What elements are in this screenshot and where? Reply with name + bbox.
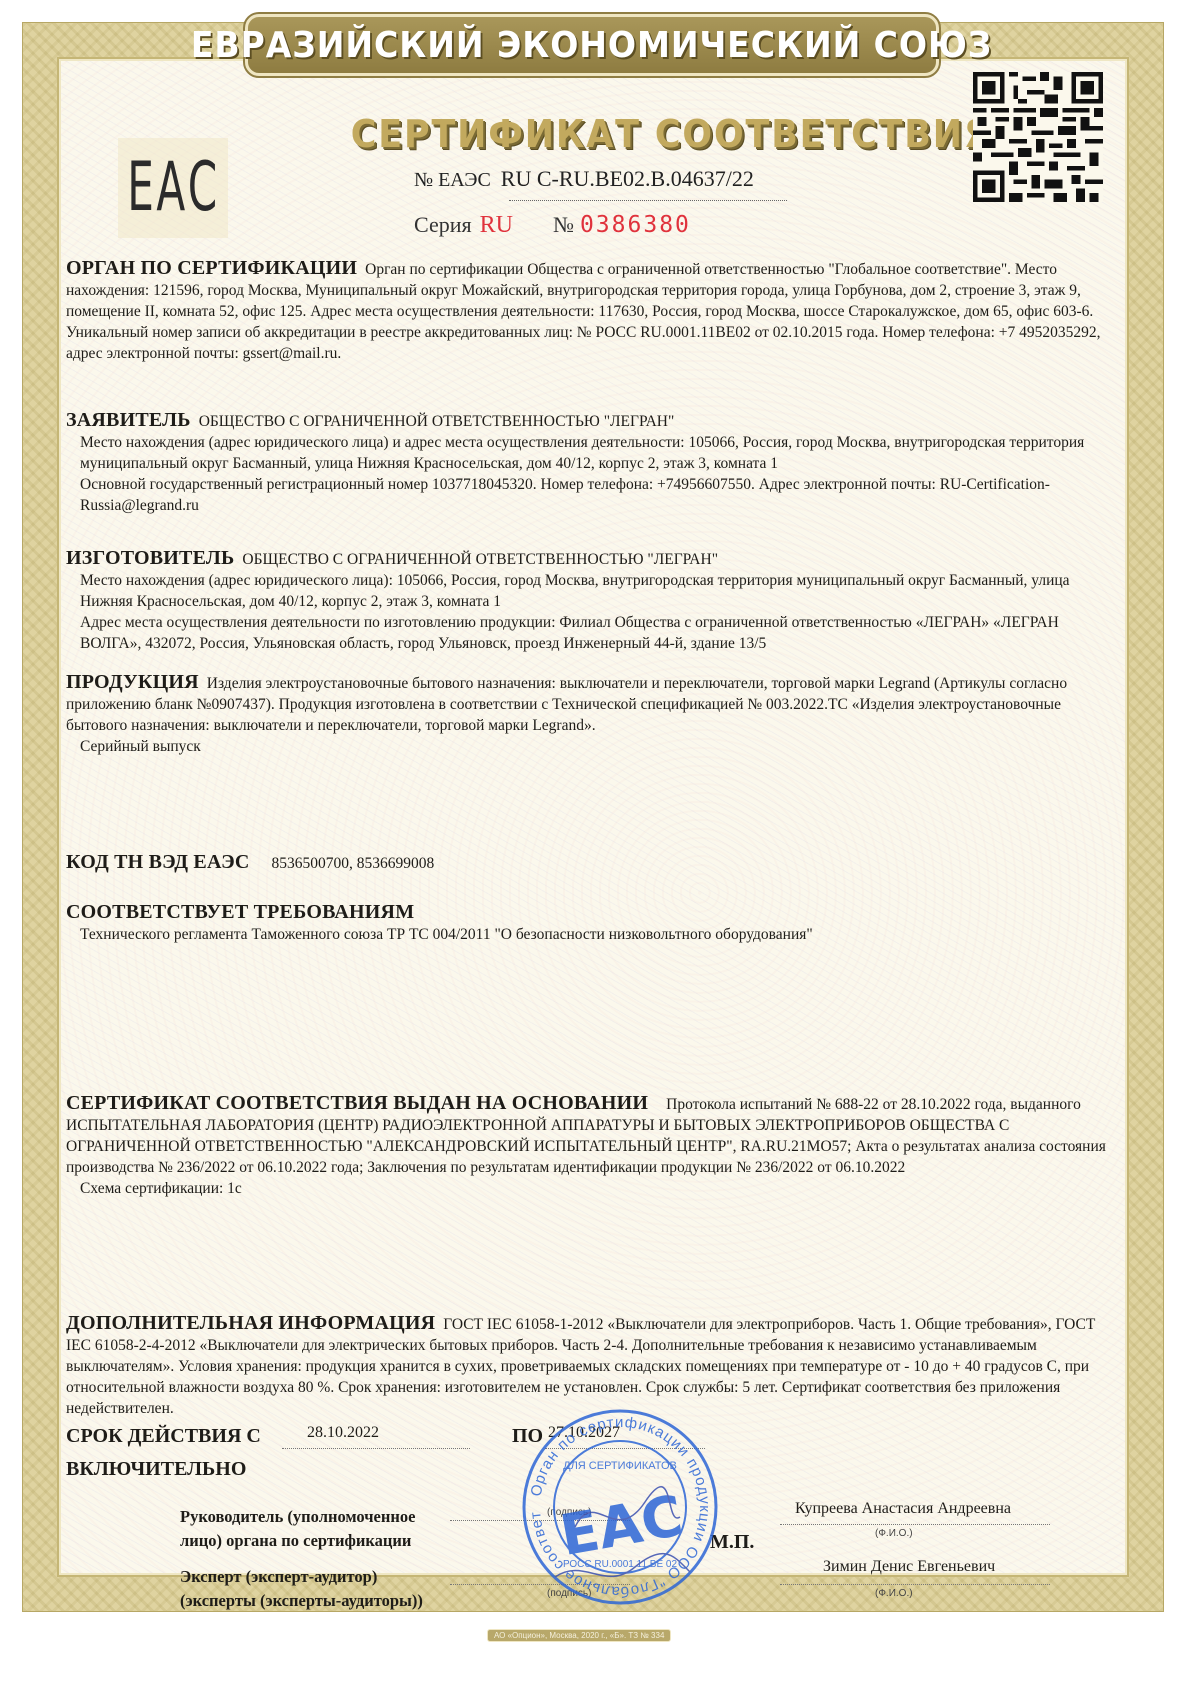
blank-number-label: № [553, 212, 574, 237]
section-heading: СЕРТИФИКАТ СООТВЕТСТВИЯ ВЫДАН НА ОСНОВАН… [66, 1092, 648, 1114]
head-name-line [780, 1524, 1050, 1525]
section-heading: ОРГАН ПО СЕРТИФИКАЦИИ [66, 257, 357, 279]
applicant-name: ОБЩЕСТВО С ОГРАНИЧЕННОЙ ОТВЕТСТВЕННОСТЬЮ… [199, 413, 675, 430]
product-text: Изделия электроустановочные бытового наз… [66, 675, 1067, 734]
section-heading: ДОПОЛНИТЕЛЬНАЯ ИНФОРМАЦИЯ [66, 1312, 435, 1334]
series-label: Серия [414, 212, 472, 237]
expert-signatory-label: Эксперт (эксперт-аудитор) (эксперты (экс… [180, 1565, 423, 1613]
blank-number: 0386380 [580, 212, 691, 238]
expert-name-caption: (Ф.И.О.) [875, 1588, 913, 1599]
section-applicant: ЗАЯВИТЕЛЬОБЩЕСТВО С ОГРАНИЧЕННОЙ ОТВЕТСТ… [66, 410, 1116, 516]
section-heading: ИЗГОТОВИТЕЛЬ [66, 547, 234, 569]
qr-code-icon [973, 72, 1103, 202]
certificate-number-value: RU C-RU.BE02.B.04637/22 [501, 166, 754, 191]
certificate-number: № ЕАЭСRU C-RU.BE02.B.04637/22 [414, 166, 754, 192]
validity-from-label: СРОК ДЕЙСТВИЯ С [66, 1425, 261, 1448]
section-requirements: СООТВЕТСТВУЕТ ТРЕБОВАНИЯМ Технического р… [66, 902, 1116, 945]
printer-note: АО «Опцион», Москва, 2020 г., «Б». ТЗ № … [487, 1629, 671, 1642]
series-line: СерияRU№0386380 [414, 212, 691, 239]
manufacturer-production-address: Адрес места осуществления деятельности п… [80, 612, 1116, 654]
section-certification-body: ОРГАН ПО СЕРТИФИКАЦИИОрган по сертификац… [66, 258, 1116, 364]
stamp-inner-top: ДЛЯ СЕРТИФИКАТОВ [563, 1460, 677, 1472]
section-tn-ved: КОД ТН ВЭД ЕАЭС8536500700, 8536699008 [66, 852, 1116, 874]
stamp-inner-bottom: РОСС RU.0001.11 BE 02 [563, 1559, 678, 1570]
applicant-address: Место нахождения (адрес юридического лиц… [80, 432, 1116, 474]
applicant-registration: Основной государственный регистрационный… [80, 474, 1116, 516]
section-manufacturer: ИЗГОТОВИТЕЛЬОБЩЕСТВО С ОГРАНИЧЕННОЙ ОТВЕ… [66, 548, 1116, 654]
section-heading: ЗАЯВИТЕЛЬ [66, 409, 191, 431]
certificate-number-underline [509, 200, 787, 201]
section-heading: КОД ТН ВЭД ЕАЭС [66, 851, 250, 873]
series-value: RU [480, 212, 513, 238]
head-name: Купреева Анастасия Андреевна [795, 1500, 1011, 1518]
document-title: СЕРТИФИКАТ СООТВЕТСТВИЯ [351, 112, 829, 156]
validity-date-from: 28.10.2022 [307, 1424, 379, 1442]
seal-stamp-icon: Орган по сертификации продукции ООО "Гло… [515, 1407, 725, 1607]
section-basis: СЕРТИФИКАТ СООТВЕТСТВИЯ ВЫДАН НА ОСНОВАН… [66, 1093, 1116, 1199]
tn-ved-codes: 8536500700, 8536699008 [272, 855, 435, 872]
eac-logo-icon: ЕАС [118, 138, 228, 238]
certificate-number-label: № ЕАЭС [414, 169, 491, 191]
section-product: ПРОДУКЦИЯИзделия электроустановочные быт… [66, 672, 1116, 757]
requirements-text: Технического регламента Таможенного союз… [80, 924, 1116, 945]
validity-label: СРОК ДЕЙСТВИЯ С ВКЛЮЧИТЕЛЬНО [66, 1425, 261, 1481]
manufacturer-address: Место нахождения (адрес юридического лиц… [80, 570, 1116, 612]
union-title: ЕВРАЗИЙСКИЙ ЭКОНОМИЧЕСКИЙ СОЮЗ [191, 25, 992, 66]
section-additional: ДОПОЛНИТЕЛЬНАЯ ИНФОРМАЦИЯГОСТ IEC 61058-… [66, 1313, 1116, 1419]
section-heading: СООТВЕТСТВУЕТ ТРЕБОВАНИЯМ [66, 901, 414, 923]
manufacturer-name: ОБЩЕСТВО С ОГРАНИЧЕННОЙ ОТВЕТСТВЕННОСТЬЮ… [242, 551, 718, 568]
expert-name-line [780, 1584, 1050, 1585]
expert-name: Зимин Денис Евгеньевич [823, 1558, 995, 1576]
product-release: Серийный выпуск [80, 736, 1116, 757]
validity-inclusive-label: ВКЛЮЧИТЕЛЬНО [66, 1458, 261, 1481]
head-name-caption: (Ф.И.О.) [875, 1528, 913, 1539]
section-heading: ПРОДУКЦИЯ [66, 671, 199, 693]
union-banner: ЕВРАЗИЙСКИЙ ЭКОНОМИЧЕСКИЙ СОЮЗ [245, 14, 939, 76]
head-signatory-label: Руководитель (уполномоченное лицо) орган… [180, 1505, 415, 1553]
basis-scheme: Схема сертификации: 1с [80, 1178, 1116, 1199]
date-from-line [282, 1448, 470, 1449]
